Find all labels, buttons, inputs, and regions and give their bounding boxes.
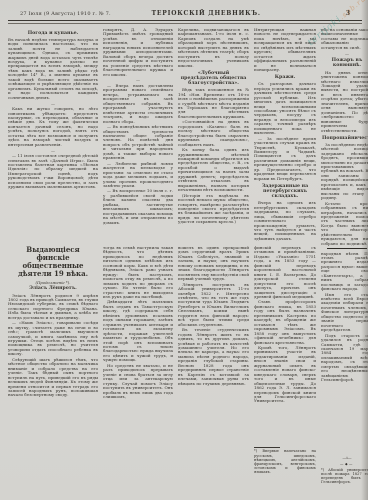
headline-stable-fire: Пожаръ въ конюшнѣ. <box>322 58 368 68</box>
news-section: Интригующая важная новость не подтвержда… <box>254 28 316 246</box>
news-item: — 11 іюля состоялся очередной дѣтскій сп… <box>8 154 98 190</box>
newspaper-title: ТЕРІОКСКІЙ ДНЕВНИКЪ. <box>152 10 261 17</box>
body-text: Къ концу бала одинъ изъ дружинниковъ мѣс… <box>178 148 249 193</box>
article-subject-name: Эліасъ Лённротъ. <box>8 286 98 291</box>
news-section: Карелина, подвизающагося въ кафешантанах… <box>178 28 249 246</box>
footnote: *) Впервые напечатано на русскомъ, шведс… <box>254 449 316 474</box>
column-2: говорятъ, Д. А. Эдуардъ Примавѣсть имѣлъ… <box>103 28 173 462</box>
column-4: Интригующая важная новость не подтвержда… <box>254 28 316 474</box>
body-text: Карелина, подвизающагося въ кафешантанах… <box>178 28 249 68</box>
news-section: Погода и купанье. Въ началѣ недѣли темпе… <box>8 28 98 242</box>
news-item: — Въ понедѣльникъ мѣстнымъ обществомъ тр… <box>103 125 173 161</box>
body-text: Какъ ни жутко говорить, но лѣто синоптик… <box>8 107 98 147</box>
body-text: вошелъ въ одинъ прекрасный домъ сердечны… <box>178 246 249 282</box>
body-text: Ставъ профессоромъ финскаго языка, въ 18… <box>254 300 316 345</box>
body-text: ибо на основаніи закона вышеозначенные с… <box>321 28 368 50</box>
body-text: Имя его стало извѣстно всей Европѣ: акад… <box>321 293 368 333</box>
body-text: Въ теченіе студенческихъ годовъ Лённротъ… <box>178 328 249 386</box>
body-text: На дняхъ огнемъ уничтожена конюшня мѣстн… <box>321 71 368 133</box>
section-divider: — <box>103 78 173 82</box>
masthead: 27 Іюля (9 Августа) 1910 г. № 7. ТЕРІОКС… <box>8 10 362 20</box>
body-text: За послѣднюю недѣлю мѣстной полиціей зад… <box>321 143 368 201</box>
section-divider: — <box>8 149 98 153</box>
body-text: Лённротъ поступилъ въ Абоскій университе… <box>178 283 249 328</box>
headline-chairman: «Лубочный предсѣдатель общества благоуст… <box>179 71 248 87</box>
page-number: 3 <box>346 10 350 17</box>
section-rule <box>327 248 367 249</box>
body-text: говорятъ, Д. А. Эдуардъ Примавѣсть имѣлъ… <box>103 28 173 77</box>
masthead-rule-thin <box>8 23 362 24</box>
column-3: Карелина, подвизающагося въ кафешантанах… <box>178 28 249 478</box>
body-text: — «Нашъ Эліасъ», говаривали сосѣди въ шу… <box>8 321 98 357</box>
section-divider: — <box>321 52 368 56</box>
masthead-rule-thick <box>8 20 362 21</box>
article-end-mark: —і— <box>321 455 368 460</box>
headline-weather: Погода и купанье. <box>9 31 97 36</box>
body-text: Интригующая важная новость не подтвержда… <box>254 28 316 73</box>
headline-detained: Задержанные на петербургскихъ складахъ. <box>255 184 315 200</box>
body-text: Кромѣ того, Лённротъ принималъ участіе в… <box>254 346 316 404</box>
article-heading: Выдающіеся финскіе общественные дѣятели … <box>9 246 97 278</box>
body-text: Съ разгаромъ дачнаго періода усилились к… <box>254 82 316 135</box>
body-text: Вчера на одномъ изъ петербургскихъ склад… <box>254 201 316 241</box>
body-text: Эліасъ Лённротъ родился 9 апрѣля 1802 го… <box>8 294 98 321</box>
column-1: Погода и купанье. Въ началѣ недѣли темпе… <box>8 28 98 448</box>
body-text: Кстати: кромѣ собранныхъ съ нихъ штрафов… <box>321 202 368 246</box>
body-text: (Исторія эта надѣлала въ поселкѣ немало … <box>178 194 249 225</box>
article-text: вошелъ въ одинъ прекрасный домъ сердечны… <box>178 246 249 478</box>
section-divider: — <box>8 102 98 106</box>
news-section: ибо на основаніи закона вышеозначенные с… <box>321 28 368 246</box>
body-text: тогда въ семьѣ наступила такая бѣдность,… <box>103 246 173 299</box>
article-subheading: (Продолженіе *). <box>8 280 98 285</box>
column-5: ибо на основаніи закона вышеозначенные с… <box>321 28 368 484</box>
article-text: финскій переводъ съ отзывомъ и примѣчані… <box>254 246 316 445</box>
body-text: Подъ старость онъ удалился въ родное Сам… <box>321 334 368 383</box>
news-item: — Любители рыбной ловли жалуются на мелк… <box>103 162 173 189</box>
news-item: — Вчера намъ доставлены программы новаго… <box>103 84 173 124</box>
footnote: *) Абоскій университетъ послѣ пожара 182… <box>321 468 368 484</box>
news-item: — Въ воскресенье 10 іюля с. г. у разбивш… <box>103 189 173 225</box>
ornament-divider: —◆— <box>321 462 368 466</box>
body-text: Слѣдующій шагъ рѣшился тѣмъ, что мѣстное… <box>8 358 98 398</box>
body-text: «Состоявшійся на дняхъ въ городскомъ «Ка… <box>178 120 249 147</box>
column-layout: Погода и купанье. Въ началѣ недѣли темпе… <box>8 28 368 484</box>
body-text: Вѣдь такъ изложенное въ № 194 «Нов. Врем… <box>178 88 249 119</box>
headline-begging: Попрошайничество. <box>322 136 368 141</box>
headline-thefts: Кражи. <box>255 75 315 80</box>
body-text: финскій переводъ съ отзывомъ и примѣчані… <box>254 246 316 299</box>
news-item: — За послѣднее время участились случаи к… <box>254 137 316 182</box>
footnote-rule <box>254 447 280 448</box>
issue-date: 27 Іюля (9 Августа) 1910 г. № 7. <box>20 11 111 17</box>
news-section: говорятъ, Д. А. Эдуардъ Примавѣсть имѣлъ… <box>103 28 173 246</box>
body-text: народная пѣсня. При этомъ размѣръ прежня… <box>321 252 368 292</box>
body-text: Но средствъ не хватало, и не разъ приход… <box>103 364 173 400</box>
article-text: народная пѣсня. При этомъ размѣръ прежня… <box>321 252 368 454</box>
article-text: Эліасъ Лённротъ родился 9 апрѣля 1802 го… <box>8 294 98 449</box>
body-text: Въ началѣ недѣли температура воздуха и в… <box>8 38 98 100</box>
article-text: тогда въ семьѣ наступила такая бѣдность,… <box>103 246 173 462</box>
body-text: Двѣнадцати лѣтъ мальчикъ былъ отданъ въ … <box>103 300 173 362</box>
newspaper-page: 27 Іюля (9 Августа) 1910 г. № 7. ТЕРІОКС… <box>0 0 368 500</box>
